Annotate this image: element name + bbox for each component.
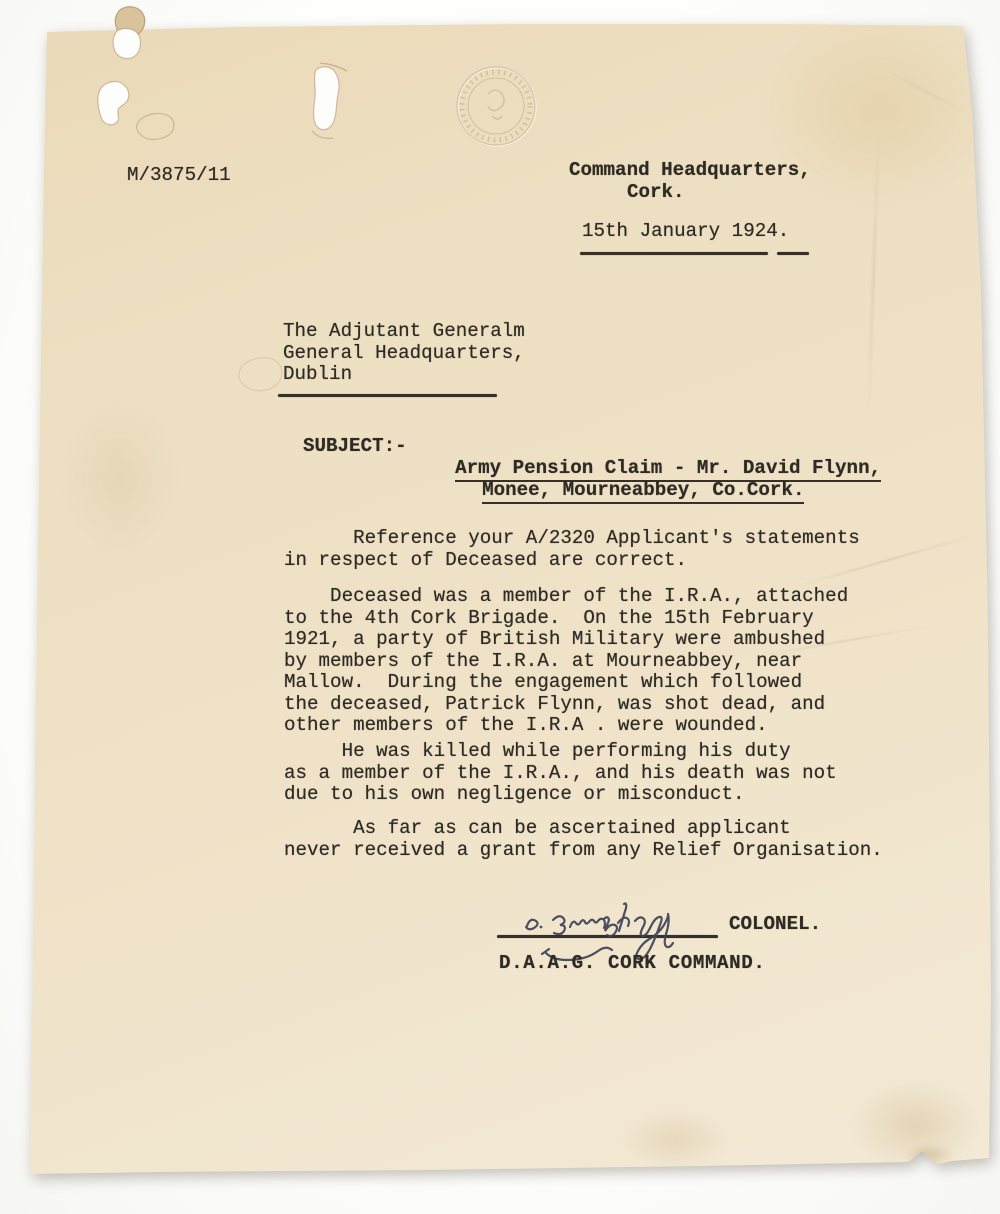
text-line: as a member of the I.R.A., and his death… [284,763,837,785]
paragraph-2: Deceased was a member of the I.R.A., att… [284,586,848,737]
text-line: never received a grant from any Relief O… [284,840,883,862]
header-org-line2: Cork. [627,182,685,204]
text-line: the deceased, Patrick Flynn, was shot de… [284,694,848,716]
paper-stain [905,1144,953,1166]
paper-stain [620,1110,730,1170]
paragraph-3: He was killed while performing his dutya… [284,741,837,806]
text-line: 1921, a party of British Military were a… [284,629,848,651]
scanned-letter: M/3875/11 Command Headquarters, Cork. 15… [0,0,1000,1214]
signatory-rank: COLONEL. [729,914,821,936]
text-line: to the 4th Cork Brigade. On the 15th Feb… [284,608,848,630]
text-line: in respect of Deceased are correct. [284,550,860,572]
paragraph-1: Reference your A/2320 Applicant's statem… [284,528,860,571]
text-line: by members of the I.R.A. at Mourneabbey,… [284,651,848,673]
reference-number: M/3875/11 [127,165,231,187]
letter-date: 15th January 1924. [582,221,789,243]
paragraph-4: As far as can be ascertained applicantne… [284,818,883,861]
date-underline [580,252,768,255]
text-line: The Adjutant Generalm [283,321,525,343]
paper-stain [850,1080,980,1170]
date-underline-dash [777,252,809,255]
paper-crease [885,69,965,113]
text-line: other members of the I.R.A . were wounde… [284,715,848,737]
text-line: Reference your A/2320 Applicant's statem… [284,528,860,550]
text-line: due to his own negligence or misconduct. [284,784,837,806]
text-line: Deceased was a member of the I.R.A., att… [284,586,848,608]
text-line: General Headquarters, [283,343,525,365]
text-line: Mallow. During the engagement which foll… [284,672,848,694]
text-line: As far as can be ascertained applicant [284,818,883,840]
addressee-underline [278,394,497,397]
text-line: Dublin [283,364,525,386]
header-org-line1: Command Headquarters, [569,160,811,182]
signatory-position: D.A.A.G. CORK COMMAND. [499,953,766,975]
paper-crease [867,130,880,420]
text-line: He was killed while performing his duty [284,741,837,763]
addressee-block: The Adjutant GeneralmGeneral Headquarter… [283,321,525,386]
paper-stain [60,400,180,560]
subject-label: SUBJECT:- [303,436,407,458]
subject-line2: Monee, Mourneabbey, Co.Cork. [436,458,804,523]
